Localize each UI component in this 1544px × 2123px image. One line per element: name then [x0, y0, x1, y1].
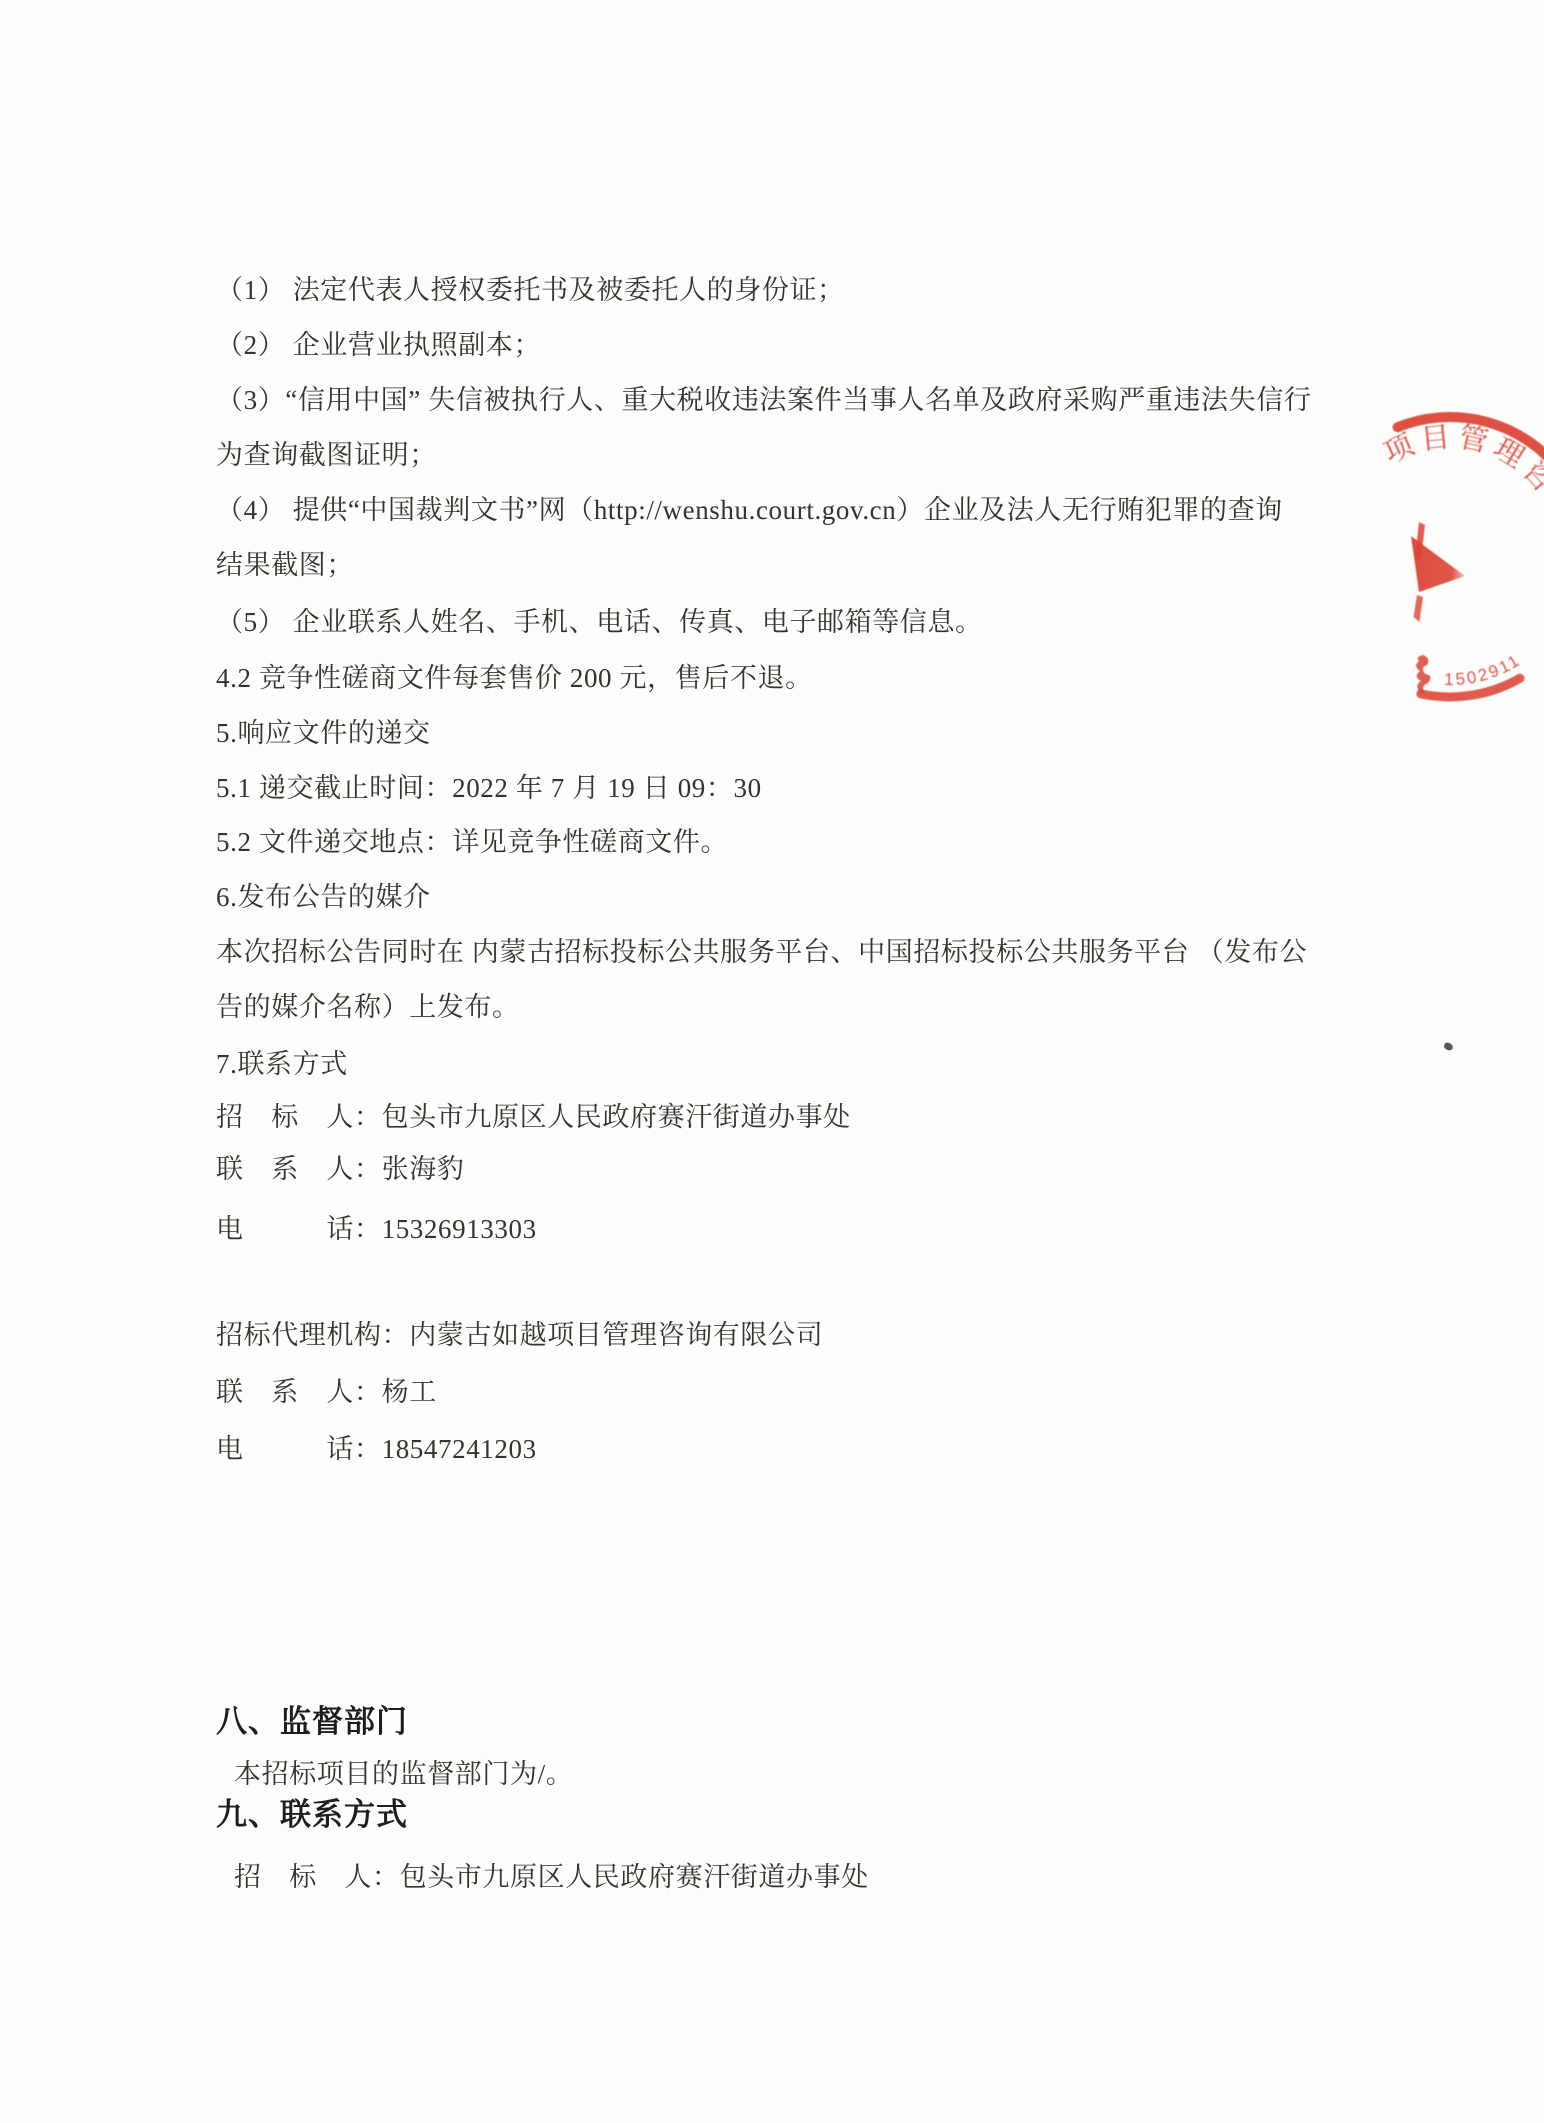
tenderee-line-2: 招 标 人：包头市九原区人民政府赛汗街道办事处	[234, 1860, 869, 1894]
media-paragraph-line-1: 本次招标公告同时在 内蒙古招标投标公共服务平台、中国招标投标公共服务平台 （发布…	[216, 935, 1307, 969]
section-6-heading: 6.发布公告的媒介	[216, 880, 431, 914]
clause-line-4: （4） 提供“中国裁判文书”网（http://wenshu.court.gov.…	[216, 493, 1283, 527]
media-paragraph-line-2: 告的媒介名称）上发布。	[216, 990, 520, 1024]
section-4-2-line: 4.2 竞争性磋商文件每套售价 200 元，售后不退。	[216, 661, 813, 695]
section-8-heading: 八、监督部门	[216, 1705, 408, 1739]
clause-line-3: （3）“信用中国” 失信被执行人、重大税收违法案件当事人名单及政府采购严重违法失…	[216, 383, 1311, 417]
stamp-smudge	[1416, 655, 1430, 694]
clause-line-2: （2） 企业营业执照副本；	[216, 328, 541, 362]
clause-line-3-cont: 为查询截图证明；	[216, 438, 437, 472]
section-5-2-line: 5.2 文件递交地点：详见竞争性磋商文件。	[216, 825, 728, 859]
agency-contact-line: 联 系 人：杨工	[216, 1375, 437, 1409]
section-5-heading: 5.响应文件的递交	[216, 716, 431, 750]
section-9-heading: 九、联系方式	[216, 1798, 408, 1832]
contact-person-line: 联 系 人：张海豹	[216, 1152, 464, 1186]
tenderee-line: 招 标 人：包头市九原区人民政府赛汗街道办事处	[216, 1100, 851, 1134]
stamp-star-stroke-bottom	[1414, 595, 1424, 622]
document-page: （1） 法定代表人授权委托书及被委托人的身份证； （2） 企业营业执照副本； （…	[0, 0, 1544, 2123]
clause-line-5: （5） 企业联系人姓名、手机、电话、传真、电子邮箱等信息。	[216, 605, 983, 639]
contact-phone-line: 电 话：15326913303	[216, 1212, 537, 1246]
company-stamp: 项目管理咨询 1502911	[1378, 402, 1544, 732]
agency-phone-line: 电 话：18547241203	[216, 1432, 537, 1466]
clause-line-1: （1） 法定代表人授权委托书及被委托人的身份证；	[216, 273, 845, 307]
section-5-1-line: 5.1 递交截止时间：2022 年 7 月 19 日 09：30	[216, 771, 762, 805]
ink-speck	[1443, 1042, 1454, 1051]
section-7-heading: 7.联系方式	[216, 1047, 348, 1081]
agency-line: 招标代理机构：内蒙古如越项目管理咨询有限公司	[216, 1318, 823, 1352]
clause-line-4-cont: 结果截图；	[216, 548, 354, 582]
supervision-line: 本招标项目的监督部门为/。	[234, 1757, 573, 1791]
